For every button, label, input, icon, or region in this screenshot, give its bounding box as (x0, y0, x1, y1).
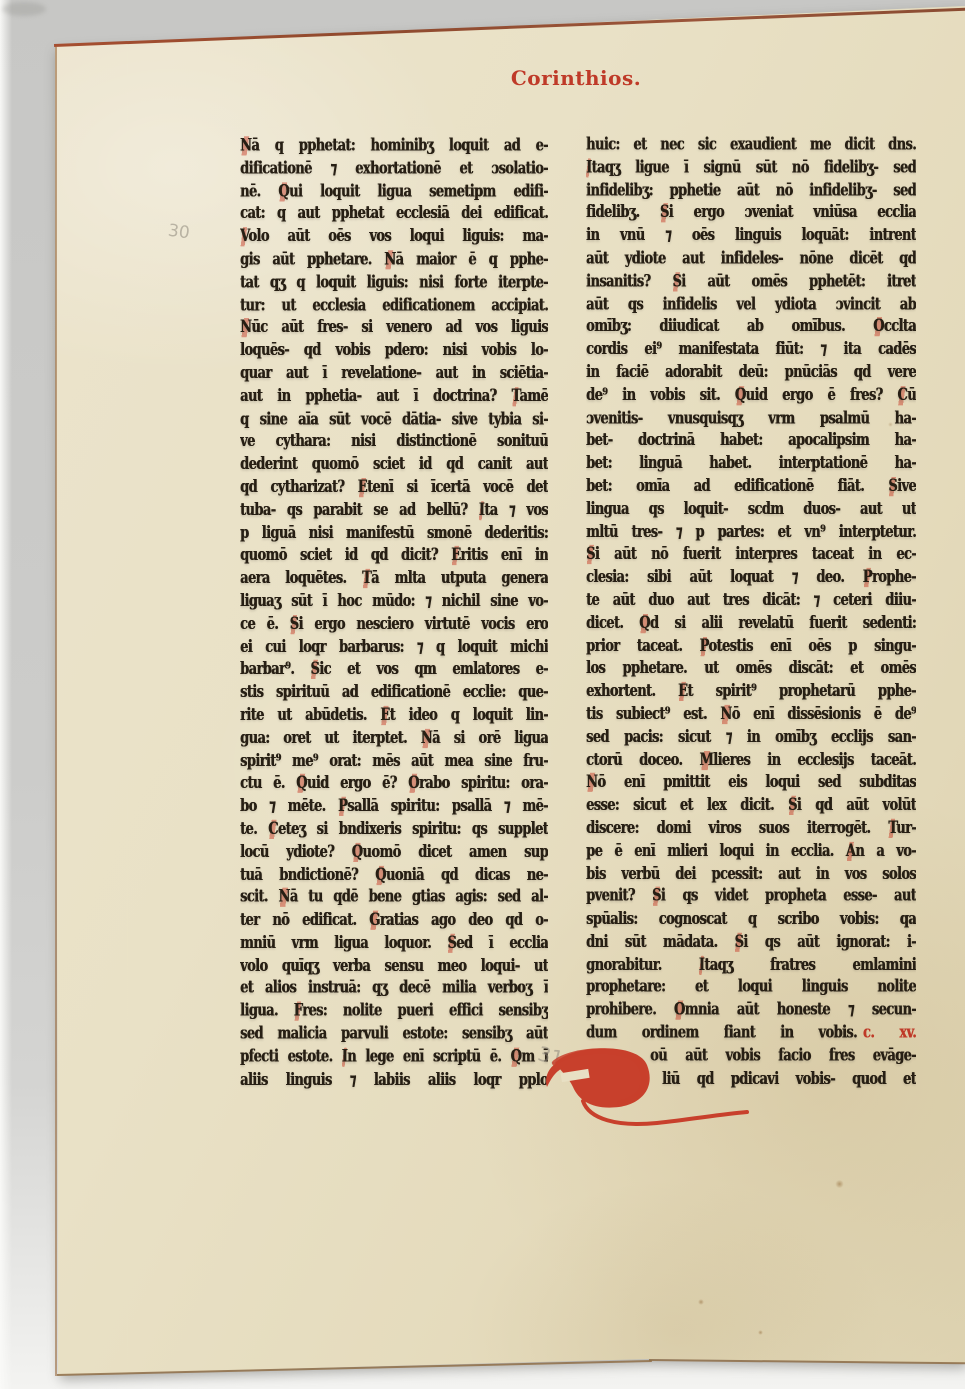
text-line: los pphetare. ut omēs discāt: et omēs (586, 658, 916, 681)
rubricated-capital: P (338, 797, 347, 816)
text-line: prophetare: et loqui linguis nolite (586, 977, 916, 1000)
foxing-spot (888, 422, 893, 427)
rubricated-capital: N (240, 136, 251, 155)
rubricated-capital: I (699, 955, 704, 974)
text-line: quar aut ī revelatione- aut in sciētia- (240, 363, 548, 386)
rubricated-capital: N (720, 705, 731, 724)
text-line: aliis linguis ⁊ labiis aliis loqr pplo (240, 1069, 548, 1092)
rubricated-capital: S (586, 545, 595, 564)
text-line: dni sūt mādata. Si qs aūt ignorat: i- (586, 931, 916, 954)
text-line: tat qʒ q loquit liguis: nisi forte iterp… (240, 272, 548, 295)
rubricated-capital: T (512, 387, 520, 406)
rubricated-capital: C (897, 386, 907, 405)
rubricated-capital: I (342, 1047, 347, 1066)
chapter-mark: c. xv. (857, 1024, 916, 1043)
rubricated-capital: O (873, 318, 884, 337)
running-title: Corinthios. (470, 66, 682, 92)
text-line: Volo aūt oēs vos loqui liguis: ma- (240, 226, 548, 249)
rubricated-capital: S (652, 887, 661, 906)
text-line: exhortent. Et spirit⁹ prophetarū pphe- (586, 681, 916, 704)
text-line: bo ⁊ mēte. Psallā spiritu: psallā ⁊ mē- (240, 796, 548, 819)
text-line: esse: sicut et lex dicit. Si qd aūt volū… (586, 795, 916, 818)
rubricated-capital: E (380, 706, 389, 725)
rubricated-capital: A (846, 841, 856, 860)
text-line: Nā q pphetat: hominibʒ loquit ad e- (240, 135, 548, 158)
rubricated-capital: N (240, 319, 251, 338)
rubricated-capital: T (888, 819, 896, 838)
text-line: ce ē. Si ergo nesciero virtutē vocis ero (240, 613, 548, 636)
text-line: bet- doctrinā habet: apocalipsim ha- (586, 430, 916, 453)
rubricated-capital: Q (510, 1047, 521, 1066)
text-line: aūt ydiote aut infideles- nōne dicēt qd (586, 248, 916, 271)
text-line: dederint quomō sciet id qd canit aut (240, 454, 548, 477)
text-line: discere: domi viros suos iterrogēt. Tur- (586, 817, 916, 840)
rubricated-capital: S (310, 660, 319, 679)
text-column-right: huic: et nec sic exaudient me dicit dns.… (586, 134, 916, 1091)
text-line: quomō sciet id qd dicit? Eritis enī in (240, 545, 548, 568)
text-line: nē. Qui loquit ligua semetipm edifi- (240, 181, 548, 204)
text-line: clesia: sibi aūt loquat ⁊ deo. Prophe- (586, 567, 916, 590)
text-column-left: Nā q pphetat: hominibʒ loquit ad e-dific… (240, 135, 548, 1092)
text-line: loquēs- qd vobis pdero: nisi vobis lo- (240, 340, 548, 363)
rubricated-capital: T (362, 569, 371, 588)
text-line: cordis ei⁹ manifestata fiūt: ⁊ ita cadēs (586, 339, 916, 362)
text-line: insanitis? Si aūt omēs pphetēt: itret (586, 271, 916, 294)
text-line: pfecti estote. In lege enī scriptū ē. Qm… (240, 1046, 548, 1069)
text-line: dicet. Qd si alii revelatū fuerit sedent… (586, 612, 916, 635)
text-line: aūt qs infidelis vel ydiota ɔvincit ab (586, 293, 916, 316)
rubricated-capital: V (240, 227, 248, 246)
text-line: Nūc aūt fres- si venero ad vos liguis (240, 317, 548, 340)
text-line: spūalis: cognoscat q scribo vobis: qa (586, 909, 916, 932)
text-line: sed pacis: sicut ⁊ in omībʒ ecclijs san- (586, 726, 916, 749)
rubricated-capital: S (660, 204, 669, 223)
text-line: in faciē adorabit deū: pnūciās qd vere (586, 362, 916, 385)
rubricated-capital: M (699, 750, 713, 769)
text-line: infidelibʒ: pphetie aūt nō infidelibʒ- s… (586, 180, 916, 203)
rubricated-capital: S (290, 615, 299, 634)
text-line: q sine aīa sūt vocē dātia- sive tybia si… (240, 408, 548, 431)
text-line: ei cui loqr barbarus: ⁊ q loquit michi (240, 636, 548, 659)
rubricated-capital: C (268, 820, 278, 839)
text-line: bet: omīa ad edificationē fiāt. Sive (586, 476, 916, 499)
text-line: omībʒ: diiudicat ab omībus. Occlta (586, 316, 916, 339)
text-line: gnorabitur. Itaqʒ fratres emlamini (586, 954, 916, 977)
rubricated-capital: N (586, 773, 597, 792)
rubricated-capital: Q (375, 865, 386, 884)
rubricated-capital: O (674, 1001, 685, 1020)
text-line: dificationē ⁊ exhortationē et ɔsolatio- (240, 158, 548, 181)
text-line: te aūt duo aut tres dicāt: ⁊ ceteri diiu… (586, 590, 916, 613)
text-line: spirit⁹ me⁹ orat: mēs aūt mea sine fru- (240, 750, 548, 773)
text-line: tis subiect⁹ est. Nō enī dissēsionis ē d… (586, 704, 916, 727)
text-line: in vnū ⁊ oēs linguis loquāt: intrent (586, 225, 916, 248)
text-line: locū ydiote? Quomō dicet amen sup (240, 841, 548, 864)
text-line: barbar⁹. Sic et vos qm emlatores e- (240, 659, 548, 682)
text-line: aera loquētes. Tā mlta utputa genera (240, 568, 548, 591)
rubricated-capital: P (863, 568, 872, 587)
text-line: pvenit? Si qs videt propheta esse- aut (586, 886, 916, 909)
pencil-annotation-left: 30 (167, 221, 191, 244)
foxing-spot (698, 1299, 704, 1305)
rubricated-capital: Q (278, 182, 289, 201)
text-line: liguaʒ sūt ī hoc mūdo: ⁊ nichil sine vo- (240, 591, 548, 614)
text-line: ctu ē. Quid ergo ē? Orabo spiritu: ora- (240, 773, 548, 796)
text-line: ve cythara: nisi distinctionē sonituū (240, 431, 548, 454)
text-line: aut in pphetia- aut ī doctrina? Tamē (240, 386, 548, 409)
text-line: bet: linguā habet. interptationē ha- (586, 453, 916, 476)
text-line: sed malicia parvuli estote: sensibʒ aūt (240, 1023, 548, 1046)
rubricated-capital: E (358, 478, 367, 497)
text-line: ligua. Fres: nolite pueri effici sensibʒ (240, 1001, 548, 1024)
rubricated-capital: F (294, 1002, 302, 1021)
text-line: lingua qs loquit- scdm duos- aut ut (586, 498, 916, 521)
rubricated-capital: N (421, 729, 432, 748)
text-line: ter nō edificat. Gratias ago deo qd o- (240, 910, 548, 933)
text-line: Nō enī pmittit eis loqui sed subditas (586, 772, 916, 795)
text-line: volo quīqʒ verba sensu meo loqui- ut (240, 955, 548, 978)
rubricated-capital: G (369, 911, 380, 930)
text-line: ɔvenitis- vnusquisqʒ vrm psalmū ha- (586, 407, 916, 430)
text-line: mltū tres- ⁊ p partes: et vn⁹ interptetu… (586, 521, 916, 544)
rubricated-capital: S (672, 272, 681, 291)
text-line: scit. Nā tu qdē bene gtias agis: sed al- (240, 887, 548, 910)
text-line: Itaqʒ ligue ī signū sūt nō fidelibʒ- sed (586, 157, 916, 180)
text-line: prior taceat. Potestis enī oēs p singu- (586, 635, 916, 658)
leaf-left-edge-stain (55, 47, 57, 1376)
text-line: qd cytharizat? Etenī si īcertā vocē det (240, 477, 548, 500)
text-line: tur: ut ecclesia edificationem accipiat. (240, 294, 548, 317)
text-line: de⁹ in vobis sit. Quid ergo ē fres? Cū (586, 385, 916, 408)
text-line: Si aūt nō fuerit interpres taceat in ec- (586, 544, 916, 567)
rubricated-capital: Q (735, 386, 746, 405)
text-line: gua: oret ut iterptet. Nā si orē ligua (240, 727, 548, 750)
text-line: prohibere. Omnia aūt honeste ⁊ secun- (586, 1000, 916, 1023)
text-line: fidelibʒ. Si ergo ɔveniat vniūsa ecclia (586, 202, 916, 225)
text-line: te. Ceteʒ si bndixeris spiritu: qs suppl… (240, 818, 548, 841)
foxing-spot (835, 1180, 844, 1188)
rubricated-capital: Q (296, 774, 307, 793)
rubricated-capital: I (479, 501, 484, 520)
rubricated-capital: S (888, 477, 897, 496)
text-line: stis spirituū ad edificationē ecclie: qu… (240, 682, 548, 705)
foxing-spot (758, 1330, 763, 1335)
rubricated-capital: S (447, 934, 456, 953)
rubricated-capital: P (700, 636, 709, 655)
lombard-drop-initial-n (541, 1041, 753, 1133)
text-line: cat: q aut pphetat ecclesiā dei edificat… (240, 203, 548, 226)
rubricated-capital: E (451, 546, 460, 565)
rubricated-capital: Q (639, 614, 650, 633)
text-line: tuā bndictionē? Quoniā qd dicas ne- (240, 864, 548, 887)
text-line: huic: et nec sic exaudient me dicit dns. (586, 134, 916, 157)
text-line: gis aūt pphetare. Nā maior ē q pphe- (240, 249, 548, 272)
text-line: ctorū doceo. Mlieres in ecclesijs taceāt… (586, 749, 916, 772)
text-line: pe ē enī mlieri loqui in ecclia. An a vo… (586, 840, 916, 863)
rubricated-capital: N (278, 888, 289, 907)
text-line: bis verbū dei pcessit: aut in vos solos (586, 863, 916, 886)
rubricated-capital: E (678, 682, 687, 701)
rubricated-capital: S (734, 933, 743, 952)
text-line: mniū vrm ligua loquor. Sed ī ecclia (240, 932, 548, 955)
rubricated-capital: Q (352, 842, 363, 861)
text-line: tuba- qs parabit se ad bellū? Ita ⁊ vos (240, 499, 548, 522)
rubricated-capital: O (408, 774, 419, 793)
rubricated-capital: N (384, 250, 395, 269)
rubricated-capital: S (788, 796, 797, 815)
text-line: p liguā nisi manifestū smonē dederitis: (240, 522, 548, 545)
rubricated-capital: I (586, 158, 591, 177)
text-line: et alios instruā: qʒ decē milia verboʒ ī (240, 978, 548, 1001)
text-line: rite ut abūdetis. Et ideo q loquit lin- (240, 705, 548, 728)
